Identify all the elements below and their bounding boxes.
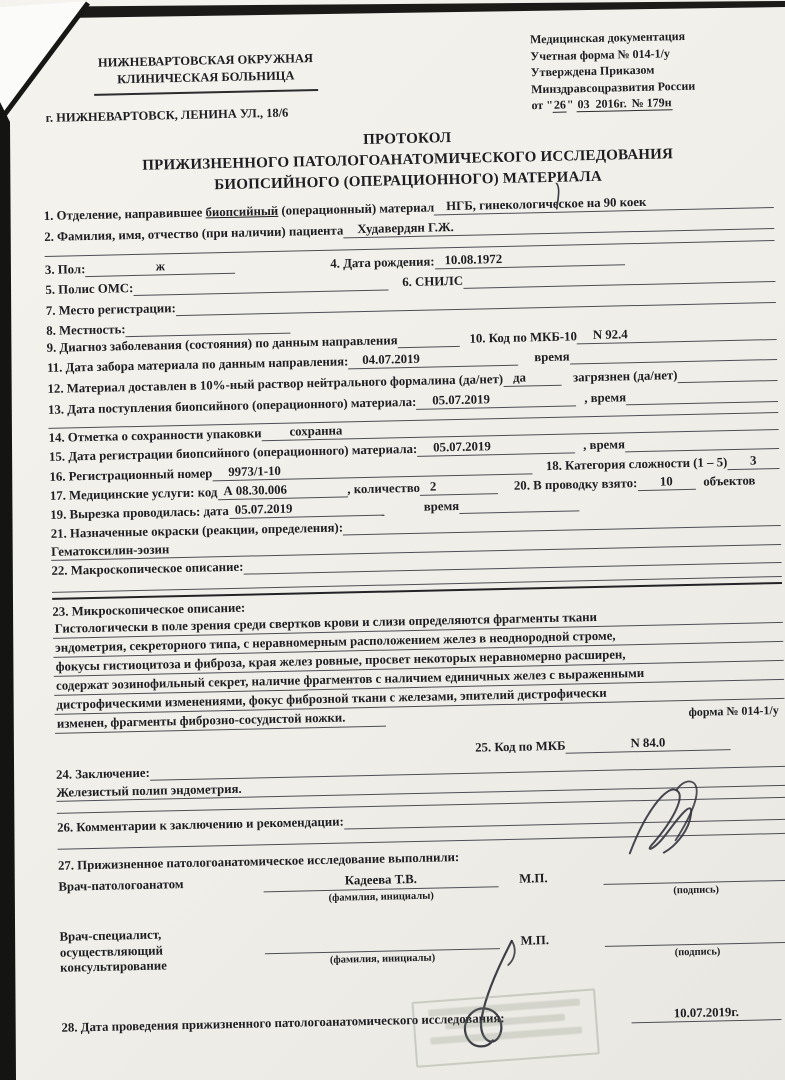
name-caption: (фамилия, инициалы) (264, 889, 499, 905)
field-11-time-value (569, 344, 777, 365)
stamp-place-label: М.П. (498, 868, 568, 887)
field-12-aux-value (677, 365, 777, 383)
field-15-time-value (625, 432, 779, 451)
spacer (731, 748, 785, 749)
consultant-role: Врач-специалист, осуществляющий консульт… (59, 925, 265, 977)
field-28-value: 10.07.2019г. (631, 1004, 781, 1024)
name-caption: (фамилия, инициалы) (265, 951, 500, 967)
field-11-time-label: время (518, 348, 570, 365)
field-19-time-label: время (384, 497, 460, 515)
scan-top-edge (0, 1, 785, 19)
org-name: НИЖНЕВАРТОВСКАЯ ОКРУЖНАЯ КЛИНИЧЕСКАЯ БОЛ… (94, 50, 318, 96)
header: НИЖНЕВАРТОВСКАЯ ОКРУЖНАЯ КЛИНИЧЕСКАЯ БОЛ… (40, 26, 772, 127)
spacer (625, 262, 775, 265)
field-27-label: 27. Прижизненное патологоанатомическое и… (58, 849, 460, 874)
field-1-label-pre: 1. Отделение, направившее (44, 205, 206, 223)
consultant-sign-col: (подпись) (604, 913, 785, 959)
field-15-value: 05.07.2019 (417, 436, 575, 456)
field-11-value: 04.07.2019 (348, 348, 518, 369)
field-17-value: А 08.30.006 (217, 480, 347, 500)
field-22-label: 22. Макроскопическое описание: (51, 558, 243, 578)
field-10-value: N 92.4 (577, 323, 777, 344)
doc-line5-open: от " (531, 98, 553, 112)
field-18-value: 3 (727, 451, 779, 469)
document-title: ПРОТОКОЛ ПРИЖИЗНЕННОГО ПАТОЛОГОАНАТОМИЧЕ… (42, 121, 773, 201)
field-19-value: 05.07.2019 (229, 498, 384, 518)
consultant-signature-row: Врач-специалист, осуществляющий консульт… (59, 913, 785, 977)
field-12-aux-label: загрязнен (да/нет) (561, 367, 678, 386)
scan-left-edge (0, 102, 16, 1080)
doc-classification-block: Медицинская документация Учетная форма №… (530, 26, 772, 114)
sign-caption: (подпись) (604, 882, 785, 897)
field-6-value (463, 266, 776, 289)
field-24-label: 24. Заключение: (56, 764, 150, 782)
field-3-label: 3. Пол: (45, 261, 86, 278)
consultant-signature-line (604, 925, 785, 946)
doc-line5-day: 26 (553, 98, 567, 113)
field-19-time-value (459, 495, 579, 514)
stamp-text-line (430, 1026, 582, 1044)
field-4-label: 4. Дата рождения: (330, 253, 435, 271)
stamp-text-line (445, 1014, 565, 1030)
consultant-role-line2: осуществляющий консультирование (60, 941, 266, 977)
field-15-time-label: , время (575, 436, 625, 453)
field-17-label: 17. Медицинские услуги: код (50, 484, 218, 504)
field-17-qty-label: , количество (347, 479, 420, 497)
form-number-note: форма № 014-1/у (688, 702, 785, 719)
field-5-value (133, 274, 388, 296)
field-5-label: 5. Полис ОМС: (45, 280, 133, 298)
org-line2: КЛИНИЧЕСКАЯ БОЛЬНИЦА (98, 67, 313, 89)
field-25-label: 25. Код по МКБ (475, 737, 566, 755)
doc-line5-close: " (567, 97, 577, 111)
field-17-qty-value: 2 (420, 477, 498, 496)
field-20-value: 10 (637, 472, 695, 490)
field-4-value: 10.08.1972 (434, 248, 624, 269)
field-6-label: 6. СНИЛС (388, 272, 463, 290)
pathologist-sign-col: (подпись) (603, 863, 785, 897)
field-11-label: 11. Дата забора материала по данным напр… (47, 353, 349, 376)
spacer (236, 271, 331, 273)
field-16-label: 16. Регистрационный номер (49, 465, 212, 485)
consultant-name-col: (фамилия, инициалы) (264, 920, 500, 967)
field-13-time-value (626, 386, 778, 405)
scanned-document-page: НИЖНЕВАРТОВСКАЯ ОКРУЖНАЯ КЛИНИЧЕСКАЯ БОЛ… (0, 0, 785, 1080)
field-19-label: 19. Вырезка проводилась: дата (50, 503, 229, 523)
field-20-suffix: объектов (695, 472, 755, 489)
field-7-label: 7. Место регистрации: (46, 300, 176, 319)
field-1-label-underlined: биопсийный (205, 203, 278, 219)
stamp-place-label: М.П. (499, 918, 570, 949)
field-13-time-label: , время (576, 389, 626, 406)
field-10-label: 10. Код по МКБ-10 (459, 328, 577, 347)
field-18-label: 18. Категория сложности (1 – 5) (532, 454, 728, 474)
sign-caption: (подпись) (605, 944, 785, 959)
field-9-value (397, 330, 459, 347)
doc-line5-num: № 179н (628, 95, 673, 111)
pathologist-role: Врач-патологоанатом (58, 875, 263, 895)
pathologist-signature-line (603, 863, 785, 884)
field-20-label: 20. В проводку взято: (498, 475, 638, 494)
org-address: г. НИЖНЕВАРТОВСК, ЛЕНИНА УЛ., 18/6 (41, 103, 371, 127)
field-1-label-post: (операционный) материал (278, 200, 434, 217)
microscopic-description: Гистологически в поле зрения среди сверт… (53, 603, 785, 733)
field-13-value: 05.07.2019 (416, 389, 576, 409)
field-3-value: ж (85, 256, 235, 276)
field-12-value: да (503, 368, 561, 386)
org-block: НИЖНЕВАРТОВСКАЯ ОКРУЖНАЯ КЛИНИЧЕСКАЯ БОЛ… (40, 35, 372, 127)
field-8-label: 8. Местность: (46, 321, 126, 339)
field-25-value: N 84.0 (565, 733, 730, 754)
form-content: НИЖНЕВАРТОВСКАЯ ОКРУЖНАЯ КЛИНИЧЕСКАЯ БОЛ… (40, 26, 785, 1036)
doc-line5-mid: 03 2016г. (576, 96, 627, 112)
field-26-label: 26. Комментарии к заключению и рекоменда… (57, 813, 344, 835)
field-14-label: 14. Отметка о сохранности упаковки (48, 425, 261, 446)
pathologist-name-col: Кадеева Т.В. (фамилия, инициалы) (263, 870, 499, 905)
field-1-value: НГБ, гинекологическое на 90 коек (434, 191, 774, 215)
faded-stamp (411, 988, 599, 1067)
